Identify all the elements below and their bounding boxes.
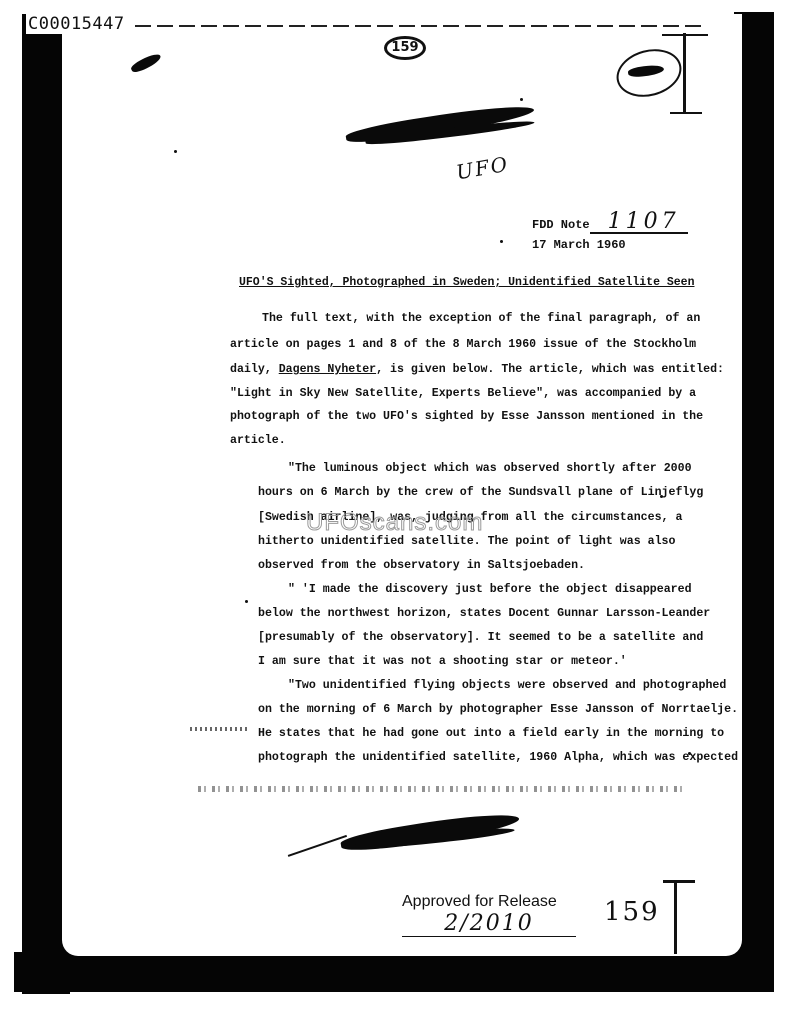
note-number: 1107 [590,212,688,234]
watermark: UFOscans.com [306,509,483,537]
release-stamp-date: 2/2010 [402,912,576,937]
body-line: on the morning of 6 March by photographe… [258,703,738,717]
body-line: observed from the observatory in Saltsjo… [258,559,585,573]
document-page [62,14,742,956]
body-line: hitherto unidentified satellite. The poi… [258,535,675,549]
margin-bracket [683,33,686,113]
top-rule [135,25,705,27]
body-line: photograph the unidentified satellite, 1… [258,751,738,765]
body-line: [presumably of the observatory]. It seem… [258,631,703,645]
body-line: article on pages 1 and 8 of the 8 March … [230,338,696,352]
scan-speck [660,495,663,498]
margin-bracket [663,880,695,883]
scan-speck [500,240,503,243]
document-title: UFO'S Sighted, Photographed in Sweden; U… [239,276,694,289]
body-line: photograph of the two UFO's sighted by E… [230,410,703,424]
scan-speck [174,150,177,153]
circled-page-number: 159 [384,36,426,60]
newspaper-name: Dagens Nyheter [279,363,376,376]
body-line: "The luminous object which was observed … [288,462,692,476]
note-label: FDD Note [532,218,590,232]
document-date: 17 March 1960 [532,238,626,252]
body-line: hours on 6 March by the crew of the Sund… [258,486,703,500]
illegible-margin-text [190,727,250,731]
scan-border-bottom [14,952,774,992]
body-line: "Light in Sky New Satellite, Experts Bel… [230,387,696,401]
scan-speck [245,600,248,603]
body-line: "Two unidentified flying objects were ob… [288,679,726,693]
note-reference: FDD Note1107 [532,212,688,234]
body-line: " 'I made the discovery just before the … [288,583,692,597]
body-line: daily, Dagens Nyheter, is given below. T… [230,363,724,377]
illegible-text-line [198,786,688,792]
body-line: below the northwest horizon, states Doce… [258,607,710,621]
margin-bracket [670,112,702,114]
body-line: The full text, with the exception of the… [262,312,700,326]
scan-speck [688,752,691,755]
body-line: He states that he had gone out into a fi… [258,727,724,741]
document-id: C00015447 [26,14,127,34]
scan-speck [520,98,523,101]
handwritten-page-number: 159 [604,897,660,927]
body-line: I am sure that it was not a shooting sta… [258,655,627,669]
margin-bracket [674,882,677,954]
body-line: article. [230,434,286,448]
release-stamp-label: Approved for Release [402,893,557,911]
